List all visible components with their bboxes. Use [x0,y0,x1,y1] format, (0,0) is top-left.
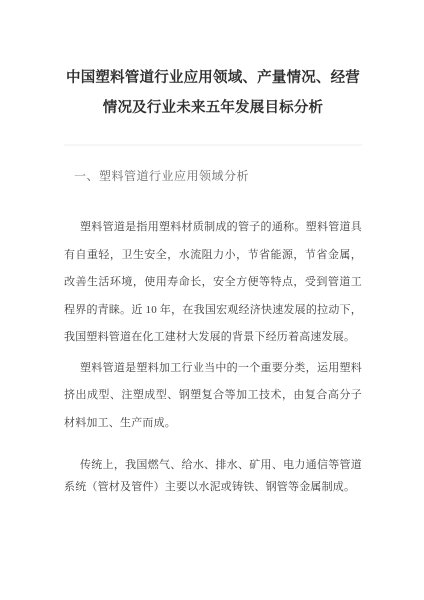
paragraph-1: 塑料管道是指用塑料材质制成的管子的通称。塑料管道具有自重轻，卫生安全，水流阻力小… [64,214,362,352]
document-page: 中国塑料管道行业应用领域、产量情况、经营情况及行业未来五年发展目标分析 一、塑料… [0,0,424,600]
section-heading: 一、塑料管道行业应用领域分析 [64,165,362,187]
paragraph-2: 塑料管道是塑料加工行业当中的一个重要分类，运用塑料挤出成型、注塑成型、钢塑复合等… [64,355,362,438]
title-divider [64,144,362,146]
paragraph-3: 传统上，我国燃气、给水、排水、矿用、电力通信等管道系统（管材及管件）主要以水泥或… [64,454,362,498]
page-title: 中国塑料管道行业应用领域、产量情况、经营情况及行业未来五年发展目标分析 [64,63,362,123]
document-content: 中国塑料管道行业应用领域、产量情况、经营情况及行业未来五年发展目标分析 一、塑料… [0,63,424,498]
